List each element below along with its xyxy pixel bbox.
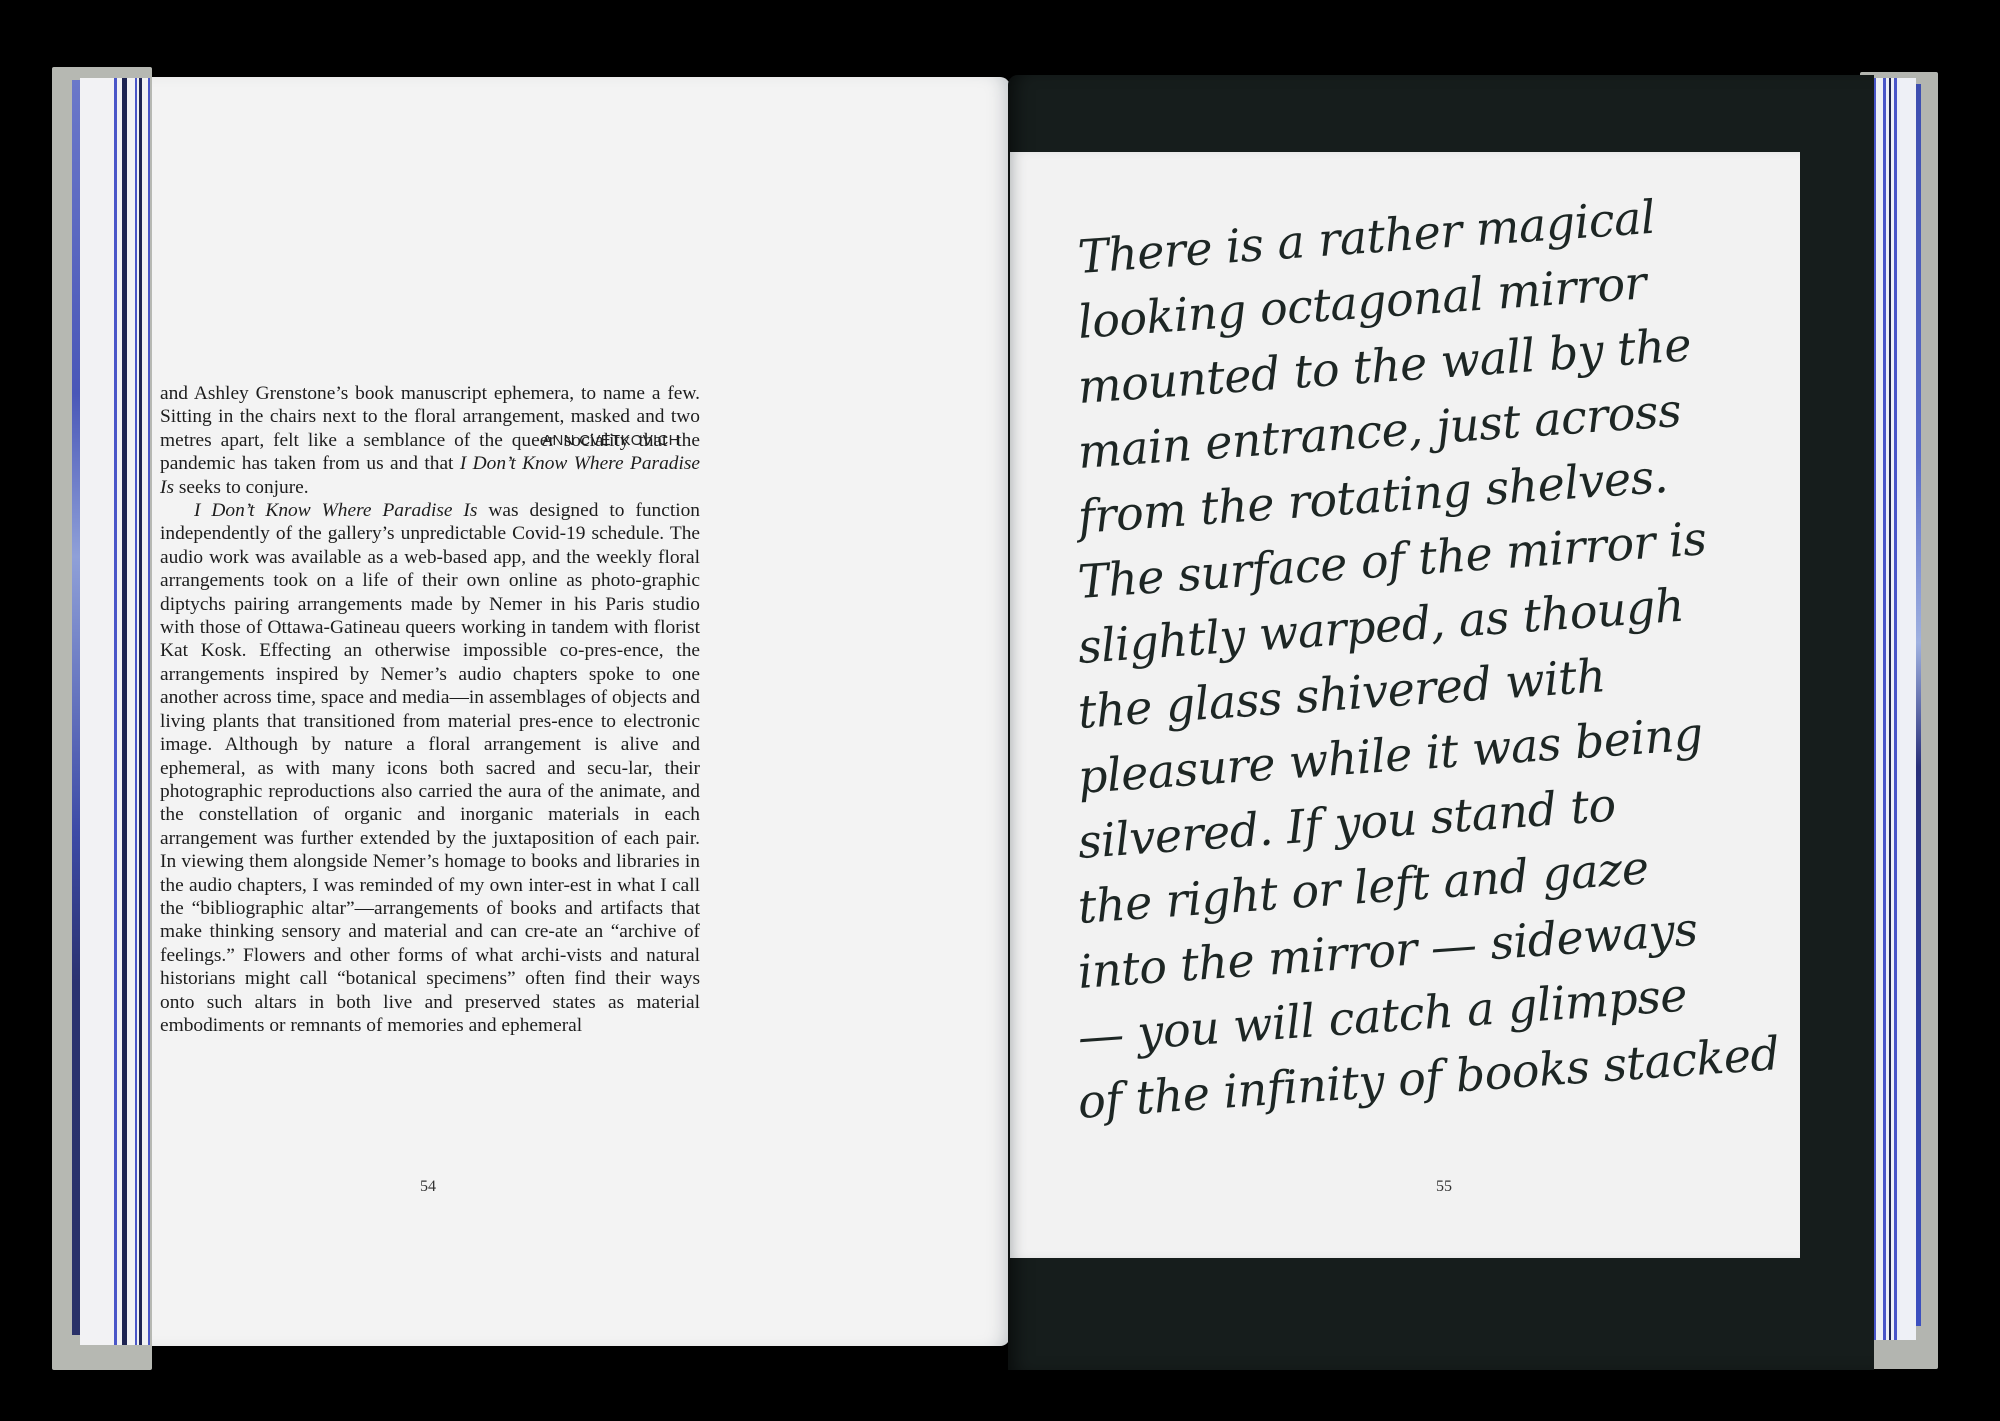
edge-stripe xyxy=(122,78,127,1345)
page-number-right: 55 xyxy=(1436,1178,1452,1196)
edge-stripe xyxy=(114,78,117,1345)
text-segment: seeks to conjure. xyxy=(174,477,309,498)
handwritten-text: There is a rather magical looking octago… xyxy=(1078,225,1778,1135)
paragraph-1: and Ashley Grenstone’s book manuscript e… xyxy=(160,382,700,499)
page-stack-right xyxy=(1872,78,1916,1340)
edge-stripe xyxy=(139,78,142,1345)
page-number-left: 54 xyxy=(420,1178,436,1196)
edge-stripe xyxy=(135,78,137,1345)
edge-stripe xyxy=(1874,78,1876,1340)
text-segment-italic-title: I Don’t Know Where Paradise Is xyxy=(194,500,477,521)
body-text: and Ashley Grenstone’s book manuscript e… xyxy=(160,382,700,1037)
marbled-endpaper-left xyxy=(72,80,80,1335)
edge-stripe xyxy=(1889,78,1891,1340)
open-book-spread: ANN CVETKOVICH and Ashley Grenstone’s bo… xyxy=(0,0,2000,1421)
edge-stripe xyxy=(1883,78,1886,1340)
edge-stripe xyxy=(148,78,150,1345)
edge-stripe xyxy=(1894,78,1897,1340)
paragraph-2: I Don’t Know Where Paradise Is was desig… xyxy=(160,499,700,1037)
page-stack-left xyxy=(80,78,150,1345)
text-segment: was designed to function independently o… xyxy=(160,500,700,1036)
